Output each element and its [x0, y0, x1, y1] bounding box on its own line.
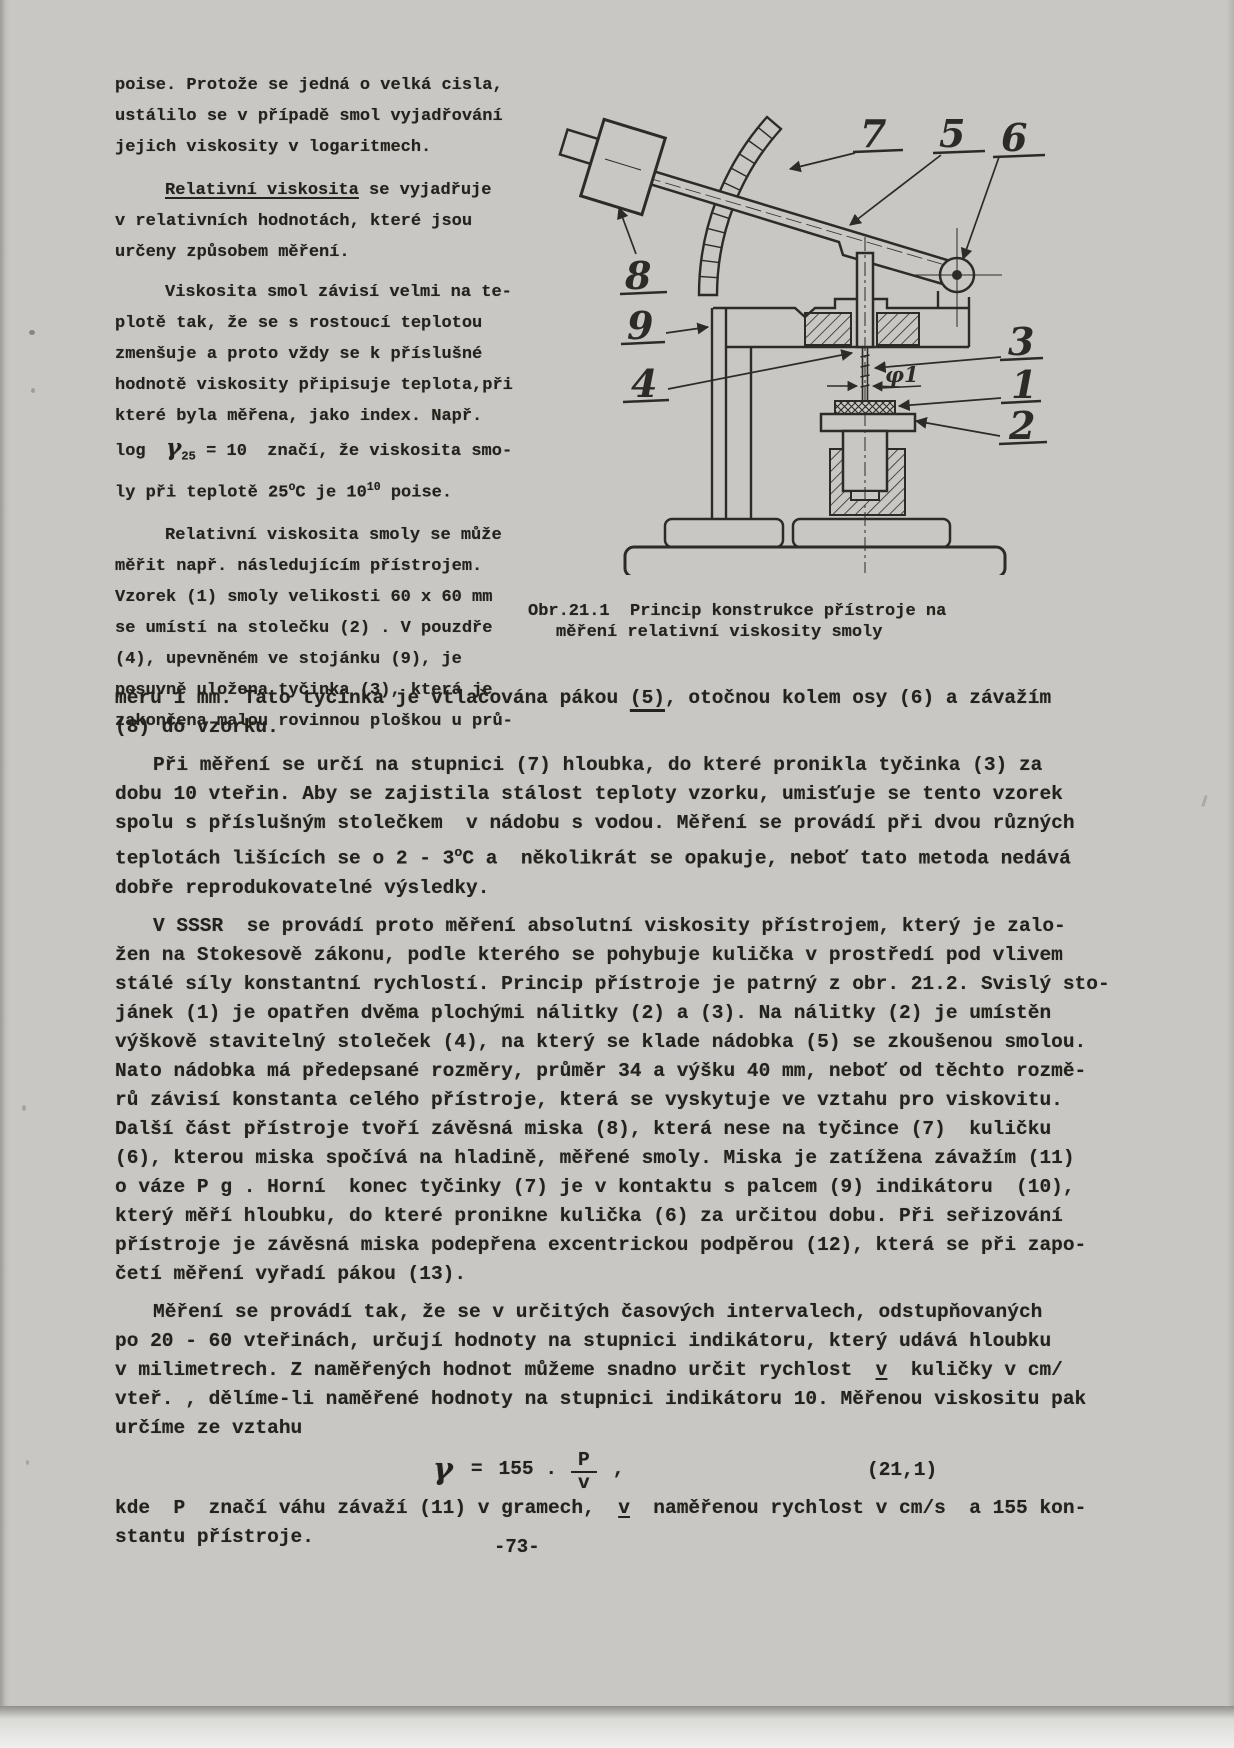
- paragraph-8: kde P značí váhu závaží (11) v gramech, …: [115, 1494, 1205, 1552]
- text-line: poise. Protože se jedná o velká cisla,: [115, 70, 545, 101]
- main-text-block: měru 1 mm. Tato tyčinka je vtlačována pá…: [115, 684, 1205, 1561]
- scanned-document-page: poise. Protože se jedná o velká cisla, u…: [0, 0, 1234, 1748]
- text-line: (8) do vzorku.: [115, 713, 1205, 742]
- eta-symbol: γ: [433, 1455, 453, 1484]
- stand-foot-left: [665, 519, 783, 547]
- figure-label-5: 5: [939, 111, 965, 156]
- text-line: dobře reprodukovatelné výsledky.: [115, 874, 1205, 903]
- eta-subscript: 25: [181, 449, 196, 463]
- coefficient: 155 .: [499, 1455, 558, 1484]
- text-segment: měru 1 mm. Tato tyčinka je vtlačována pá…: [115, 687, 630, 709]
- eta-symbol: γ: [166, 434, 181, 461]
- underlined-term: Relativní viskosita: [165, 181, 359, 200]
- figure-label-8: 8: [624, 253, 651, 298]
- text-segment: kuličky v cm/: [887, 1359, 1063, 1381]
- lever-arm: [630, 165, 961, 287]
- equals-sign: =: [471, 1455, 483, 1484]
- text-segment: ly při teplotě 25: [115, 484, 288, 503]
- guide-block-left: [805, 313, 851, 345]
- text-segment: C je 10: [295, 484, 366, 503]
- left-text-column: poise. Protože se jedná o velká cisla, u…: [115, 70, 545, 746]
- text-line: se umístí na stolečku (2) . V pouzdře: [115, 613, 545, 644]
- paragraph-7: Měření se provádí tak, že se v určitých …: [115, 1298, 1205, 1443]
- leader-lines: [619, 153, 1001, 436]
- paragraph-2: Relativní viskosita se vyjadřuje v relat…: [115, 175, 545, 268]
- text-segment: se vyjadřuje: [359, 181, 492, 200]
- text-line-velocity: kde P značí váhu závaží (11) v gramech, …: [115, 1494, 1205, 1523]
- text-line: Nato nádobka má předepsané rozměry, prům…: [115, 1057, 1205, 1086]
- text-line: jejich viskosity v logaritmech.: [115, 132, 545, 163]
- paper-speck: [29, 330, 35, 335]
- text-line: který měří hloubku, do které pronikne ku…: [115, 1202, 1205, 1231]
- guide-block-right: [877, 313, 919, 345]
- text-line-degrees: teplotách lišících se o 2 - 3oC a několi…: [115, 838, 1205, 874]
- underlined-v: v: [618, 1497, 630, 1519]
- paper-speck: [22, 1105, 26, 1111]
- marked-ref-5: (5): [630, 687, 665, 709]
- text-line: jánek (1) je opatřen dvěma plochými náli…: [115, 999, 1205, 1028]
- text-segment: naměřenou rychlost v cm/s a 155 kon-: [630, 1497, 1086, 1519]
- text-line: měřit např. následujícím přístrojem.: [115, 551, 545, 582]
- text-line: po 20 - 60 vteřinách, určují hodnoty na …: [115, 1327, 1205, 1356]
- formula-21-1: γ = 155 . Pv , (21,1): [115, 1446, 1205, 1494]
- text-line-velocity: v milimetrech. Z naměřených hodnot můžem…: [115, 1356, 1205, 1385]
- text-line-log-eta: log γ25 = 10 značí, že viskosita smo-: [115, 432, 545, 472]
- paragraph-4-continuation: měru 1 mm. Tato tyčinka je vtlačována pá…: [115, 684, 1205, 742]
- text-segment: kde P značí váhu závaží (11) v gramech,: [115, 1497, 618, 1519]
- text-line: četí měření vyřadí pákou (13).: [115, 1260, 1205, 1289]
- text-line: výškově stavitelný stoleček (4), na kter…: [115, 1028, 1205, 1057]
- text-segment: C a několikrát se opakuje, neboť tato me…: [462, 848, 1071, 870]
- sample-table: [821, 414, 915, 431]
- figure-21-1-diagram: φ1 7 5 6 8 9 4: [505, 95, 1065, 575]
- figure-caption: Obr.21.1 Princip konstrukce přístroje na…: [528, 601, 946, 643]
- figure-label-9: 9: [627, 303, 653, 348]
- text-line: přístroje je závěsná miska podepřena exc…: [115, 1231, 1205, 1260]
- paper-right-edge: [1227, 0, 1234, 1706]
- underlined-v: v: [876, 1359, 888, 1381]
- paragraph-6: V SSSR se provádí proto měření absolutní…: [115, 912, 1205, 1289]
- figure-label-3: 3: [1008, 319, 1034, 364]
- text-line: Při měření se určí na stupnici (7) hloub…: [115, 751, 1205, 780]
- text-segment: poise.: [381, 484, 452, 503]
- text-line: plotě tak, že se s rostoucí teplotou: [115, 308, 545, 339]
- text-line: měru 1 mm. Tato tyčinka je vtlačována pá…: [115, 684, 1205, 713]
- page-number: -73-: [494, 1536, 540, 1558]
- fraction: Pv: [571, 1451, 597, 1493]
- lever-centerline: [645, 177, 945, 265]
- paragraph-3: Viskosita smol závisí velmi na te- plotě…: [115, 277, 545, 509]
- stand-foot-right: [793, 519, 950, 547]
- text-line: Relativní viskosita smoly se může: [115, 520, 545, 551]
- text-segment: v milimetrech. Z naměřených hodnot můžem…: [115, 1359, 876, 1381]
- text-line: (4), upevněném ve stojánku (9), je: [115, 644, 545, 675]
- caption-line-2: měření relativní viskosity smoly: [528, 622, 946, 643]
- text-segment: teplotách lišících se o 2 - 3: [115, 848, 454, 870]
- text-line: hodnotě viskosity připisuje teplota,při: [115, 370, 545, 401]
- text-line: dobu 10 vteřin. Aby se zajistila stálost…: [115, 780, 1205, 809]
- figure-label-7: 7: [860, 111, 886, 156]
- text-line: o váze P g . Horní konec tyčinky (7) je …: [115, 1173, 1205, 1202]
- paper-speck: [26, 1460, 29, 1465]
- text-line: zmenšuje a proto vždy se k příslušné: [115, 339, 545, 370]
- scanner-background: [0, 1706, 1234, 1748]
- text-line: určíme ze vztahu: [115, 1414, 1205, 1443]
- text-line: rů závisí konstanta celého přístroje, kt…: [115, 1086, 1205, 1115]
- text-line: Viskosita smol závisí velmi na te-: [115, 277, 545, 308]
- fraction-numerator: P: [571, 1451, 597, 1473]
- text-segment: , otočnou kolem osy (6) a závažím: [665, 687, 1051, 709]
- text-segment: = 10 značí, že viskosita smo-: [196, 442, 512, 461]
- text-line: stálé síly konstantní rychlostí. Princip…: [115, 970, 1205, 999]
- equation-number: (21,1): [867, 1456, 937, 1485]
- base-plate: [625, 547, 1005, 575]
- text-line: vteř. , dělíme-li naměřené hodnoty na st…: [115, 1385, 1205, 1414]
- text-line: spolu s příslušným stolečkem v nádobu s …: [115, 809, 1205, 838]
- figure-label-2: 2: [1008, 403, 1035, 448]
- text-line: žen na Stokesově zákonu, podle kterého s…: [115, 941, 1205, 970]
- caption-line-1: Obr.21.1 Princip konstrukce přístroje na: [528, 601, 946, 622]
- text-line: V SSSR se provádí proto měření absolutní…: [115, 912, 1205, 941]
- weight-block: [581, 119, 666, 214]
- text-line-degrees: ly při teplotě 25oC je 1010 poise.: [115, 472, 545, 509]
- text-line: ustálilo se v případě smol vyjadřování: [115, 101, 545, 132]
- paragraph-1: poise. Protože se jedná o velká cisla, u…: [115, 70, 545, 163]
- paper-left-edge: [0, 0, 10, 1706]
- paragraph-5: Při měření se určí na stupnici (7) hloub…: [115, 751, 1205, 903]
- text-line: (6), kterou miska spočívá na hladině, mě…: [115, 1144, 1205, 1173]
- text-line: Další část přístroje tvoří závěsná miska…: [115, 1115, 1205, 1144]
- paper-speck: [31, 388, 35, 393]
- figure-label-6: 6: [1001, 115, 1027, 160]
- fraction-denominator: v: [578, 1473, 590, 1493]
- text-line: v relativních hodnotách, které jsou: [115, 206, 545, 237]
- text-line: Relativní viskosita se vyjadřuje: [115, 175, 545, 206]
- text-line: Měření se provádí tak, že se v určitých …: [115, 1298, 1205, 1327]
- text-line: stantu přístroje.: [115, 1523, 1205, 1552]
- text-line: které byla měřena, jako index. Např.: [115, 401, 545, 432]
- text-line: Vzorek (1) smoly velikosti 60 x 60 mm: [115, 582, 545, 613]
- figure-label-4: 4: [631, 361, 657, 406]
- exponent-superscript: 10: [367, 481, 381, 494]
- comma: ,: [613, 1455, 625, 1484]
- text-segment: log: [115, 442, 166, 461]
- text-line: určeny způsobem měření.: [115, 237, 545, 268]
